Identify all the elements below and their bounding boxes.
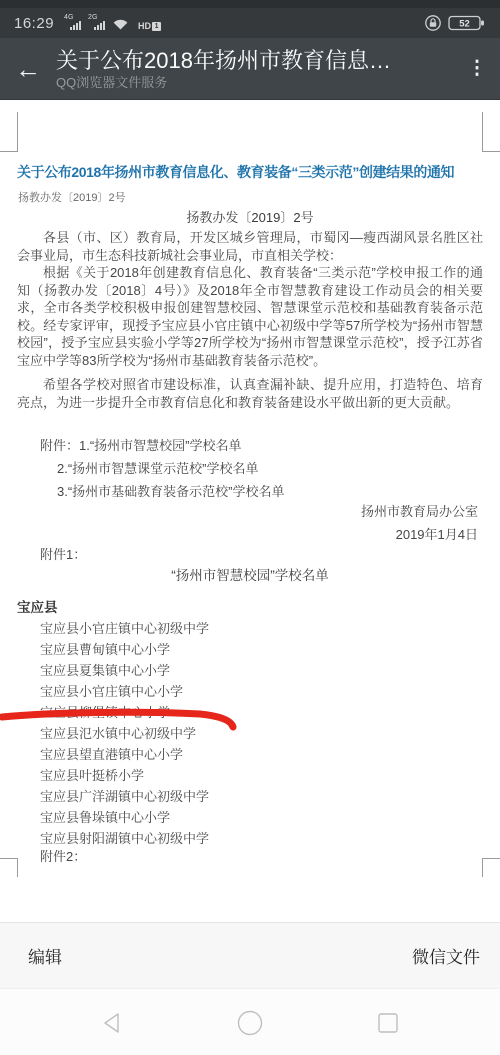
doc-number-left: 扬教办发〔2019〕2号 [18, 189, 126, 205]
paragraph-hope: 希望各学校对照省市建设标准，认真查漏补缺、提升应用，打造特色、培育亮点，为进一步… [17, 376, 483, 411]
paragraph-recipients: 各县（市、区）教育局，开发区城乡管理局，市蜀冈—瘦西湖风景名胜区社会事业局，市生… [17, 229, 483, 264]
attachment1-title: “扬州市智慧校园”学校名单 [0, 564, 500, 584]
school-item: 宝应县氾水镇中心初级中学 [40, 723, 209, 744]
back-button[interactable]: ← [0, 38, 56, 100]
signature-date: 2019年1月4日 [361, 523, 478, 546]
school-item: 宝应县小官庄镇中心初级中学 [40, 618, 209, 639]
school-list: 宝应县小官庄镇中心初级中学 宝应县曹甸镇中心小学 宝应县夏集镇中心小学 宝应县小… [40, 618, 209, 849]
attachments-line: 2.“扬州市智慧课堂示范校”学校名单 [40, 457, 285, 480]
crop-mark-top-right [482, 112, 483, 152]
nav-back-icon[interactable] [100, 1010, 126, 1036]
system-nav-bar [0, 988, 500, 1055]
crop-mark-bottom-left [17, 858, 18, 877]
attachment2-label: 附件2： [40, 846, 86, 865]
attachments-line: 3.“扬州市基础教育装备示范校”学校名单 [40, 480, 285, 503]
school-item: 宝应县曹甸镇中心小学 [40, 639, 209, 660]
crop-mark-top-left [17, 112, 18, 152]
crop-mark-top-left [0, 151, 17, 152]
wechat-file-button[interactable]: 微信文件 [412, 943, 480, 968]
signal-sim2-icon: 2G [88, 15, 105, 31]
school-item: 宝应县望直港镇中心小学 [40, 744, 209, 765]
document-title: 关于公布2018年扬州市教育信息化、教育装备“三类示范”创建结果的通知 [17, 162, 483, 182]
edit-button[interactable]: 编辑 [28, 943, 62, 968]
phone-screen: 16:29 4G 2G HD 1 [0, 0, 500, 1055]
battery-percent: 52 [459, 19, 470, 30]
crop-mark-bottom-right [482, 858, 483, 877]
crop-mark-top-right [483, 151, 500, 152]
back-arrow-icon: ← [15, 56, 41, 82]
app-bar-title: 关于公布2018年扬州市教育信息… [56, 48, 454, 74]
three-dots-icon: ⋮ [468, 57, 487, 80]
school-item: 宝应县叶挺桥小学 [40, 765, 209, 786]
document-viewer[interactable]: 关于公布2018年扬州市教育信息化、教育装备“三类示范”创建结果的通知 扬教办发… [0, 100, 500, 922]
wifi-icon [112, 16, 129, 31]
attachment1-label: 附件1： [40, 544, 86, 563]
app-bar: ← 关于公布2018年扬州市教育信息… QQ浏览器文件服务 ⋮ [0, 38, 500, 100]
crop-mark-bottom-left [0, 858, 17, 859]
school-item: 宝应县小官庄镇中心小学 [40, 681, 209, 702]
nav-home-icon[interactable] [237, 1010, 263, 1036]
app-bar-subtitle: QQ浏览器文件服务 [56, 75, 454, 91]
crop-mark-bottom-right [483, 858, 500, 859]
hd-volte-icon: HD 1 [138, 21, 161, 31]
clock: 16:29 [14, 15, 54, 32]
paragraph-body: 根据《关于2018年创建教育信息化、教育装备“三类示范”学校申报工作的通知（扬教… [17, 264, 483, 369]
nav-recents-icon[interactable] [375, 1010, 401, 1036]
signature-office: 扬州市教育局办公室 [361, 500, 478, 523]
lock-icon [424, 14, 442, 32]
school-item: 宝应县广洋湖镇中心初级中学 [40, 786, 209, 807]
signal-sim1-icon: 4G [64, 15, 81, 31]
attachments-line: 附件：1.“扬州市智慧校园”学校名单 [40, 434, 285, 457]
school-item: 宝应县夏集镇中心小学 [40, 660, 209, 681]
county-heading: 宝应县 [17, 596, 58, 616]
doc-number-center: 扬教办发〔2019〕2号 [0, 207, 500, 226]
school-item: 宝应县鲁垛镇中心小学 [40, 807, 209, 828]
status-bar: 16:29 4G 2G HD 1 [0, 0, 500, 38]
status-bar-top-strip [0, 0, 500, 8]
battery-icon: 52 [448, 14, 486, 32]
overflow-menu-button[interactable]: ⋮ [454, 38, 500, 100]
school-item-highlighted: 宝应县柳堡镇中心小学 [40, 702, 209, 723]
bottom-toolbar: 编辑 微信文件 [0, 922, 500, 988]
